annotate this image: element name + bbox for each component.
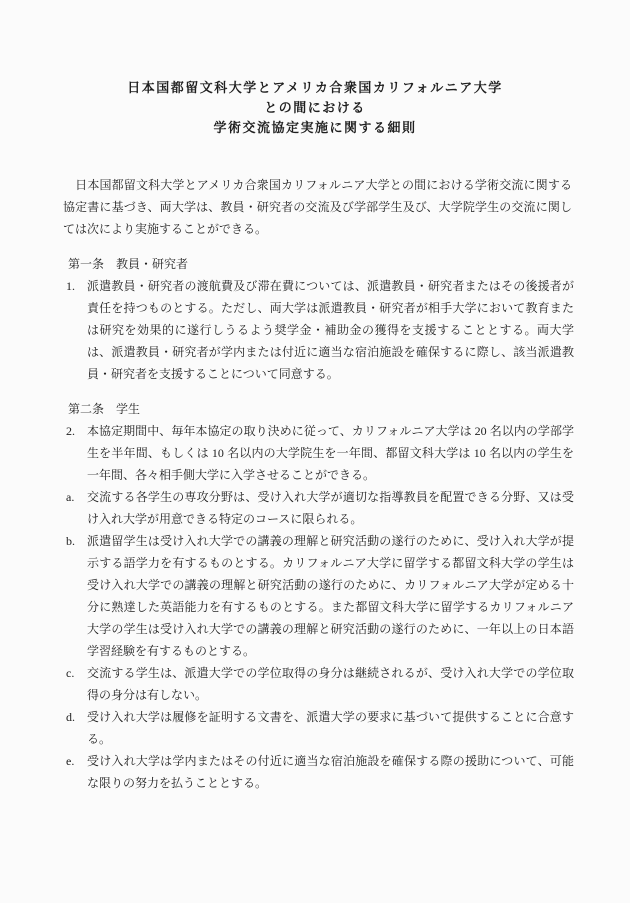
document-page: 日本国都留文科大学とアメリカ合衆国カリフォルニア大学 との間における 学術交流協…: [0, 0, 630, 903]
item-2-marker: 2.: [66, 420, 87, 486]
item-c-marker: c.: [66, 662, 87, 706]
item-e-marker: e.: [66, 750, 87, 794]
title-line-2: との間における: [0, 98, 630, 118]
item-c-text: 交流する学生は、派遣大学での学位取得の身分は継続されるが、受け入れ大学での学位取…: [87, 662, 574, 706]
item-d-text: 受け入れ大学は履修を証明する文書を、派遣大学の要求に基づいて提供することに合意す…: [87, 706, 574, 750]
list-item-d: d. 受け入れ大学は履修を証明する文書を、派遣大学の要求に基づいて提供することに…: [0, 706, 630, 750]
document-title: 日本国都留文科大学とアメリカ合衆国カリフォルニア大学 との間における 学術交流協…: [0, 0, 630, 138]
item-b-text: 派遣留学生は受け入れ大学での講義の理解と研究活動の遂行のために、受け入れ大学が提…: [87, 530, 574, 662]
article-1-section: 第一条 教員・研究者 1. 派遣教員・研究者の渡航費及び滞在費については、派遣教…: [0, 253, 630, 385]
item-1-marker: 1.: [66, 275, 87, 385]
article-2-section: 第二条 学生 2. 本協定期間中、毎年本協定の取り決めに従って、カリフォルニア大…: [0, 398, 630, 794]
list-item-a: a. 交流する各学生の専攻分野は、受け入れ大学が適切な指導教員を配置できる分野、…: [0, 486, 630, 530]
list-item-e: e. 受け入れ大学は学内またはその付近に適当な宿泊施設を確保する際の援助について…: [0, 750, 630, 794]
list-item-1: 1. 派遣教員・研究者の渡航費及び滞在費については、派遣教員・研究者またはその後…: [0, 275, 630, 385]
intro-paragraph: 日本国都留文科大学とアメリカ合衆国カリフォルニア大学との間における学術交流に関す…: [0, 174, 630, 240]
item-e-text: 受け入れ大学は学内またはその付近に適当な宿泊施設を確保する際の援助について、可能…: [87, 750, 574, 794]
item-1-text: 派遣教員・研究者の渡航費及び滞在費については、派遣教員・研究者またはその後援者が…: [87, 275, 574, 385]
list-item-b: b. 派遣留学生は受け入れ大学での講義の理解と研究活動の遂行のために、受け入れ大…: [0, 530, 630, 662]
item-a-text: 交流する各学生の専攻分野は、受け入れ大学が適切な指導教員を配置できる分野、又は受…: [87, 486, 574, 530]
item-d-marker: d.: [66, 706, 87, 750]
item-2-text: 本協定期間中、毎年本協定の取り決めに従って、カリフォルニア大学は 20 名以内の…: [87, 420, 574, 486]
list-item-c: c. 交流する学生は、派遣大学での学位取得の身分は継続されるが、受け入れ大学での…: [0, 662, 630, 706]
title-line-3: 学術交流協定実施に関する細則: [0, 118, 630, 138]
list-item-2: 2. 本協定期間中、毎年本協定の取り決めに従って、カリフォルニア大学は 20 名…: [0, 420, 630, 486]
article-1-heading: 第一条 教員・研究者: [0, 253, 630, 275]
item-a-marker: a.: [66, 486, 87, 530]
title-line-1: 日本国都留文科大学とアメリカ合衆国カリフォルニア大学: [0, 78, 630, 98]
item-b-marker: b.: [66, 530, 87, 662]
article-2-heading: 第二条 学生: [0, 398, 630, 420]
